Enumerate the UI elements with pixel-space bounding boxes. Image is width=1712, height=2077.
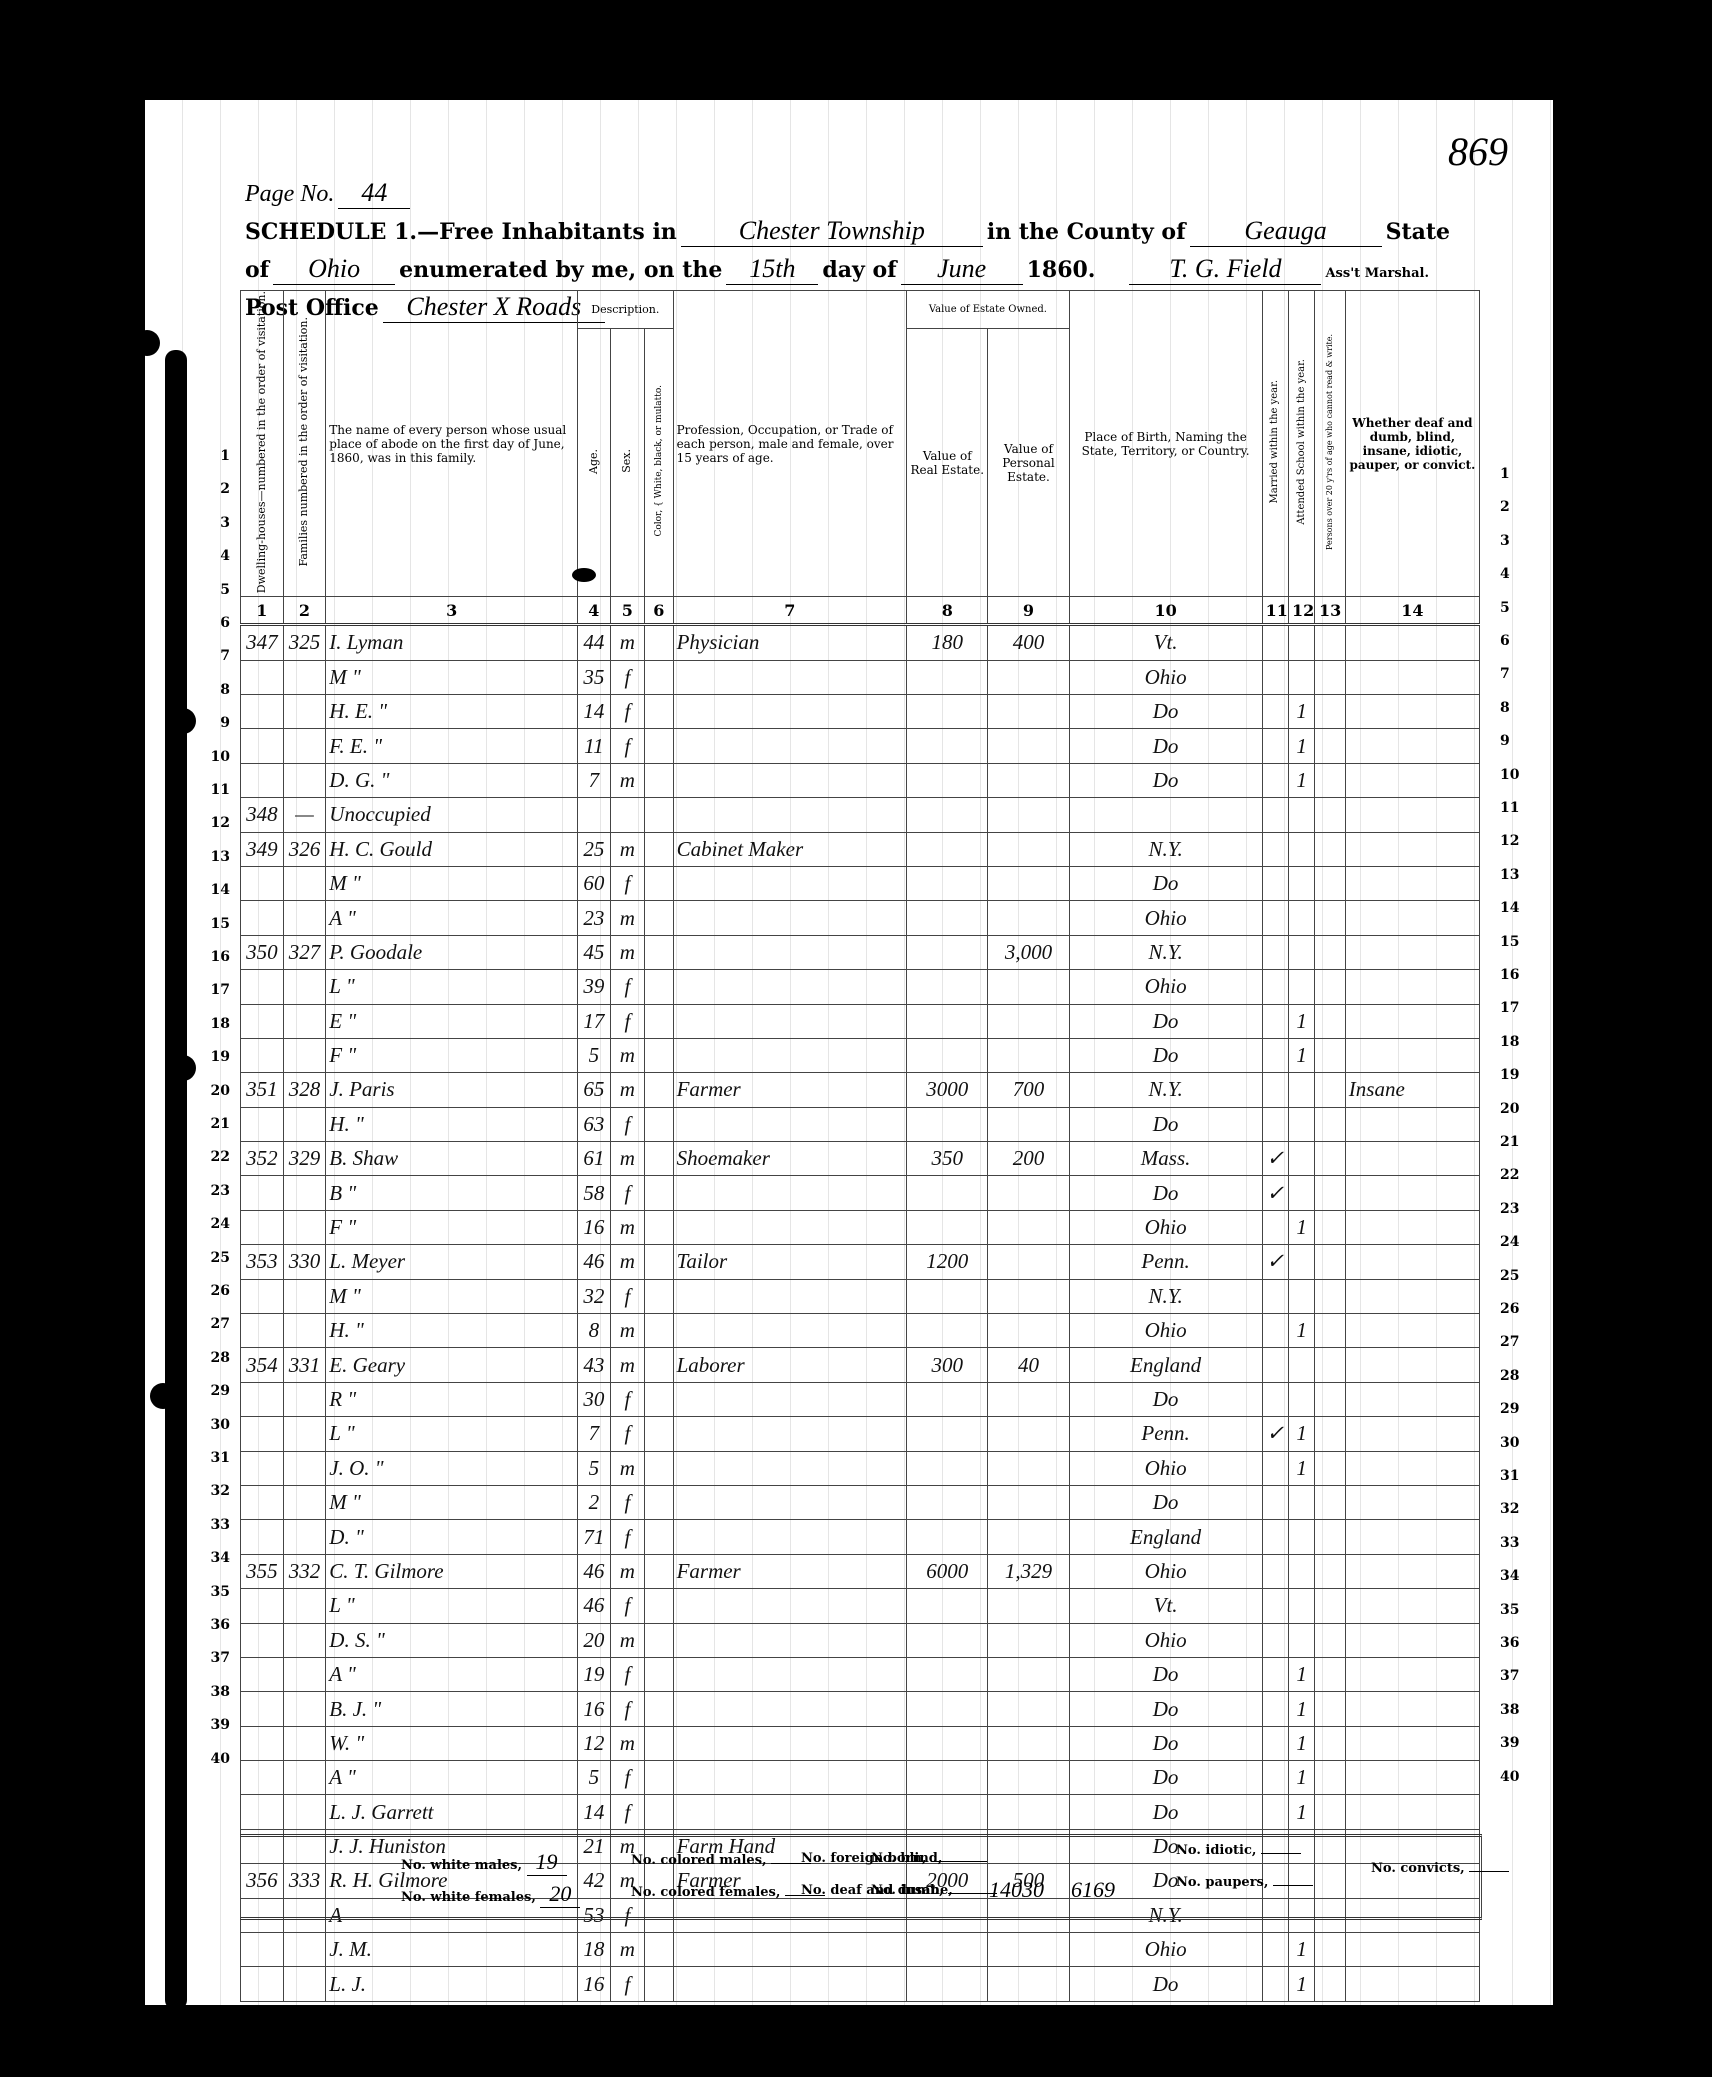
sex (610, 798, 645, 832)
family-number: 325 (283, 625, 326, 660)
illiterate-mark (1315, 832, 1345, 866)
occupation (673, 1210, 907, 1244)
occupation (673, 1795, 907, 1829)
school-mark: 1 (1288, 1004, 1314, 1038)
dwelling-number (241, 1176, 284, 1210)
condition (1345, 1038, 1479, 1072)
occupation (673, 1417, 907, 1451)
illiterate-mark (1315, 1004, 1345, 1038)
school-mark (1288, 1554, 1314, 1588)
line-number-left: 3 (200, 515, 230, 531)
person-name: L " (326, 1589, 578, 1623)
dwelling-number: 353 (241, 1245, 284, 1279)
school-mark: 1 (1288, 1210, 1314, 1244)
sex: f (610, 1382, 645, 1416)
person-name: I. Lyman (326, 625, 578, 660)
line-number-right: 9 (1500, 733, 1530, 749)
real-estate-value: 3000 (907, 1073, 988, 1107)
real-estate-value (907, 660, 988, 694)
person-name: M " (326, 1279, 578, 1313)
illiterate-mark (1315, 1520, 1345, 1554)
married-mark (1262, 1451, 1288, 1485)
illiterate-mark (1315, 1073, 1345, 1107)
family-number (283, 1210, 326, 1244)
sex: m (610, 1348, 645, 1382)
personal-estate-value (988, 694, 1069, 728)
occupation (673, 1279, 907, 1313)
line-number-right: 23 (1500, 1201, 1530, 1217)
occupation (673, 1314, 907, 1348)
occupation (673, 1038, 907, 1072)
condition (1345, 1176, 1479, 1210)
family-number (283, 1314, 326, 1348)
dwelling-number (241, 1726, 284, 1760)
line-number-left: 2 (200, 481, 230, 497)
line-number-left: 11 (200, 782, 230, 798)
personal-estate-value (988, 1623, 1069, 1657)
color (645, 1692, 673, 1726)
illiterate-mark (1315, 1726, 1345, 1760)
sex: f (610, 1004, 645, 1038)
illiterate-mark (1315, 660, 1345, 694)
summary-box: No. white males, 19 No. white females, 2… (240, 1834, 1482, 1920)
illiterate-mark (1315, 1107, 1345, 1141)
occupation: Farmer (673, 1073, 907, 1107)
person-name: M " (326, 1485, 578, 1519)
table-row: D. G. "7mDo1 (241, 763, 1480, 797)
school-mark (1288, 1279, 1314, 1313)
header-sex: Sex. (610, 328, 645, 596)
personal-estate-value (988, 832, 1069, 866)
occupation: Farmer (673, 1554, 907, 1588)
state-field: Ohio (273, 254, 395, 285)
birthplace: England (1069, 1520, 1262, 1554)
illiterate-mark (1315, 866, 1345, 900)
color (645, 1485, 673, 1519)
line-number-right: 29 (1500, 1401, 1530, 1417)
family-number (283, 1382, 326, 1416)
family-number (283, 1967, 326, 2001)
school-mark (1288, 1589, 1314, 1623)
county-label: in the County of (987, 219, 1186, 245)
birthplace (1069, 798, 1262, 832)
dwelling-number (241, 729, 284, 763)
real-estate-value: 6000 (907, 1554, 988, 1588)
line-number-right: 4 (1500, 566, 1530, 582)
line-number-left: 1 (200, 448, 230, 464)
person-name: J. O. " (326, 1451, 578, 1485)
birthplace: Ohio (1069, 901, 1262, 935)
dwelling-number: 352 (241, 1142, 284, 1176)
occupation (673, 970, 907, 1004)
color (645, 1623, 673, 1657)
line-number-right: 3 (1500, 533, 1530, 549)
age (578, 798, 610, 832)
sex: m (610, 625, 645, 660)
dwelling-number (241, 763, 284, 797)
color (645, 1589, 673, 1623)
school-mark (1288, 901, 1314, 935)
school-mark: 1 (1288, 1726, 1314, 1760)
occupation (673, 1623, 907, 1657)
age: 46 (578, 1245, 610, 1279)
dwelling-number (241, 866, 284, 900)
color (645, 1348, 673, 1382)
age: 25 (578, 832, 610, 866)
line-number-left: 25 (200, 1250, 230, 1266)
dwelling-number (241, 694, 284, 728)
color (645, 1038, 673, 1072)
illiterate-mark (1315, 901, 1345, 935)
personal-estate-value (988, 798, 1069, 832)
age: 43 (578, 1348, 610, 1382)
col-num: 7 (673, 597, 907, 625)
header-school: Attended School within the year. (1288, 291, 1314, 597)
col-num: 9 (988, 597, 1069, 625)
school-mark: 1 (1288, 1314, 1314, 1348)
line-number-right: 19 (1500, 1067, 1530, 1083)
sex: f (610, 1795, 645, 1829)
illiterate-mark (1315, 1038, 1345, 1072)
illiterate-mark (1315, 694, 1345, 728)
real-estate-value (907, 1279, 988, 1313)
condition (1345, 1142, 1479, 1176)
birthplace: N.Y. (1069, 1073, 1262, 1107)
line-number-right: 15 (1500, 934, 1530, 950)
illiterate-mark (1315, 970, 1345, 1004)
school-mark: 1 (1288, 1967, 1314, 2001)
sex: f (610, 866, 645, 900)
condition (1345, 1348, 1479, 1382)
line-number-right: 8 (1500, 700, 1530, 716)
school-mark: 1 (1288, 694, 1314, 728)
occupation (673, 1451, 907, 1485)
color (645, 1417, 673, 1451)
married-mark (1262, 901, 1288, 935)
married-mark (1262, 1210, 1288, 1244)
condition (1345, 1279, 1479, 1313)
sex: m (610, 1726, 645, 1760)
color (645, 763, 673, 797)
condition (1345, 1933, 1479, 1967)
dwelling-number (241, 1107, 284, 1141)
real-estate-value (907, 763, 988, 797)
married-mark (1262, 1554, 1288, 1588)
real-estate-value (907, 1004, 988, 1038)
dwelling-number: 354 (241, 1348, 284, 1382)
schedule-line: SCHEDULE 1.—Free Inhabitants in Chester … (245, 216, 1450, 247)
col-num: 8 (907, 597, 988, 625)
married-mark (1262, 1657, 1288, 1691)
illiterate-mark (1315, 763, 1345, 797)
line-number-left: 28 (200, 1350, 230, 1366)
line-number-right: 31 (1500, 1468, 1530, 1484)
married-mark (1262, 729, 1288, 763)
color (645, 901, 673, 935)
family-number (283, 901, 326, 935)
school-mark: 1 (1288, 1692, 1314, 1726)
color (645, 970, 673, 1004)
color (645, 1073, 673, 1107)
married-mark (1262, 1348, 1288, 1382)
header-family: Families numbered in the order of visita… (283, 291, 326, 597)
color (645, 798, 673, 832)
real-estate-value (907, 1210, 988, 1244)
real-estate-value (907, 1107, 988, 1141)
real-estate-value: 300 (907, 1348, 988, 1382)
sex: f (610, 1761, 645, 1795)
header-age: Age. (578, 328, 610, 596)
family-number (283, 1279, 326, 1313)
school-mark (1288, 1348, 1314, 1382)
school-mark (1288, 970, 1314, 1004)
married-mark (1262, 935, 1288, 969)
age: 16 (578, 1967, 610, 2001)
illiterate-mark (1315, 1279, 1345, 1313)
condition (1345, 1623, 1479, 1657)
dwelling-number: 349 (241, 832, 284, 866)
person-name: C. T. Gilmore (326, 1554, 578, 1588)
header-birthplace: Place of Birth, Naming the State, Territ… (1069, 291, 1262, 597)
person-name: L. J. (326, 1967, 578, 2001)
personal-estate-value (988, 1692, 1069, 1726)
condition (1345, 1245, 1479, 1279)
birthplace: Ohio (1069, 1623, 1262, 1657)
family-number: 330 (283, 1245, 326, 1279)
line-number-right: 21 (1500, 1134, 1530, 1150)
occupation: Physician (673, 625, 907, 660)
col-num: 10 (1069, 597, 1262, 625)
personal-estate-value (988, 970, 1069, 1004)
illiterate-mark (1315, 1210, 1345, 1244)
married-mark (1262, 625, 1288, 660)
family-number: 328 (283, 1073, 326, 1107)
married-mark (1262, 832, 1288, 866)
married-mark (1262, 763, 1288, 797)
sex: m (610, 1554, 645, 1588)
color (645, 1279, 673, 1313)
line-number-left: 7 (200, 648, 230, 664)
real-estate-value (907, 1451, 988, 1485)
line-number-left: 27 (200, 1316, 230, 1332)
birthplace: Do (1069, 1004, 1262, 1038)
family-number (283, 1726, 326, 1760)
table-row: L "46fVt. (241, 1589, 1480, 1623)
marshal-signature: T. G. Field (1129, 254, 1321, 285)
line-number-right: 11 (1500, 800, 1530, 816)
table-row: L. J.16fDo1 (241, 1967, 1480, 2001)
person-name: L. Meyer (326, 1245, 578, 1279)
header-estate-group: Value of Estate Owned. (907, 291, 1069, 329)
table-row: H. "8mOhio1 (241, 1314, 1480, 1348)
header-name: The name of every person whose usual pla… (326, 291, 578, 597)
real-estate-value (907, 1417, 988, 1451)
school-mark: 1 (1288, 1657, 1314, 1691)
line-number-right: 40 (1500, 1769, 1530, 1785)
age: 39 (578, 970, 610, 1004)
color (645, 1657, 673, 1691)
illiterate-mark (1315, 1589, 1345, 1623)
header-color: Color, { White, black, or mulatto. (645, 328, 673, 596)
table-row: 352329B. Shaw61mShoemaker350200Mass.✓ (241, 1142, 1480, 1176)
family-number (283, 1692, 326, 1726)
color (645, 832, 673, 866)
personal-estate-value (988, 1589, 1069, 1623)
person-name: J. Paris (326, 1073, 578, 1107)
enumeration-line: of Ohio enumerated by me, on the 15th da… (245, 254, 1429, 285)
idiotic-count: No. idiotic, (1176, 1843, 1301, 1858)
personal-estate-value (988, 660, 1069, 694)
illiterate-mark (1315, 1623, 1345, 1657)
illiterate-mark (1315, 1451, 1345, 1485)
family-number (283, 1107, 326, 1141)
table-row: M "32fN.Y. (241, 1279, 1480, 1313)
personal-estate-value (988, 729, 1069, 763)
census-table: Dwelling-houses—numbered in the order of… (240, 290, 1480, 2002)
married-mark (1262, 1382, 1288, 1416)
table-row: J. M.18mOhio1 (241, 1933, 1480, 1967)
person-name: D. G. " (326, 763, 578, 797)
school-mark: 1 (1288, 1933, 1314, 1967)
married-mark (1262, 970, 1288, 1004)
table-row: F "16mOhio1 (241, 1210, 1480, 1244)
dwelling-number (241, 1795, 284, 1829)
line-number-left: 15 (200, 916, 230, 932)
birthplace: Do (1069, 729, 1262, 763)
col-num: 6 (645, 597, 673, 625)
occupation (673, 935, 907, 969)
table-row: W. "12mDo1 (241, 1726, 1480, 1760)
family-number: 331 (283, 1348, 326, 1382)
dwelling-number (241, 1279, 284, 1313)
dwelling-number (241, 1004, 284, 1038)
school-mark: 1 (1288, 729, 1314, 763)
illiterate-mark (1315, 1417, 1345, 1451)
sex: m (610, 1142, 645, 1176)
personal-estate-value (988, 1967, 1069, 2001)
line-number-right: 12 (1500, 833, 1530, 849)
line-number-left: 20 (200, 1083, 230, 1099)
condition (1345, 694, 1479, 728)
binding-hole (150, 1383, 176, 1409)
township-field: Chester Township (681, 216, 983, 247)
married-mark (1262, 660, 1288, 694)
sex: f (610, 694, 645, 728)
age: 32 (578, 1279, 610, 1313)
married-mark (1262, 1761, 1288, 1795)
person-name: J. M. (326, 1933, 578, 1967)
illiterate-mark (1315, 1245, 1345, 1279)
table-row: 354331E. Geary43mLaborer30040England (241, 1348, 1480, 1382)
school-mark: 1 (1288, 763, 1314, 797)
married-mark (1262, 1692, 1288, 1726)
age: 2 (578, 1485, 610, 1519)
header-description-group: Description. (578, 291, 673, 329)
age: 5 (578, 1038, 610, 1072)
school-mark (1288, 1245, 1314, 1279)
line-number-right: 24 (1500, 1234, 1530, 1250)
age: 46 (578, 1554, 610, 1588)
page-label: Page No. (245, 181, 334, 207)
sex: m (610, 1073, 645, 1107)
condition (1345, 1657, 1479, 1691)
occupation (673, 1520, 907, 1554)
illiterate-mark (1315, 1348, 1345, 1382)
school-mark (1288, 1107, 1314, 1141)
sex: m (610, 1623, 645, 1657)
birthplace: Do (1069, 1795, 1262, 1829)
sex: f (610, 729, 645, 763)
dwelling-number (241, 1967, 284, 2001)
real-estate-value (907, 1314, 988, 1348)
occupation (673, 1382, 907, 1416)
occupation (673, 1761, 907, 1795)
sex: m (610, 1933, 645, 1967)
real-estate-value (907, 1176, 988, 1210)
dwelling-number: 351 (241, 1073, 284, 1107)
family-number: 332 (283, 1554, 326, 1588)
dwelling-number (241, 1485, 284, 1519)
personal-estate-value (988, 1657, 1069, 1691)
occupation (673, 901, 907, 935)
person-name: L. J. Garrett (326, 1795, 578, 1829)
age: 19 (578, 1657, 610, 1691)
color (645, 1451, 673, 1485)
age: 8 (578, 1314, 610, 1348)
dwelling-number (241, 1210, 284, 1244)
personal-estate-value (988, 901, 1069, 935)
table-row: 353330L. Meyer46mTailor1200Penn.✓ (241, 1245, 1480, 1279)
binding-hole (170, 708, 196, 734)
sex: m (610, 1245, 645, 1279)
occupation (673, 1657, 907, 1691)
table-row: H. E. "14fDo1 (241, 694, 1480, 728)
sex: f (610, 1967, 645, 2001)
dwelling-number (241, 1520, 284, 1554)
birthplace: Penn. (1069, 1417, 1262, 1451)
folio-number: 869 (1448, 128, 1508, 175)
personal-estate-value: 200 (988, 1142, 1069, 1176)
line-number-left: 33 (200, 1517, 230, 1533)
table-row: 348—Unoccupied (241, 798, 1480, 832)
school-mark (1288, 625, 1314, 660)
school-mark (1288, 660, 1314, 694)
personal-estate-value (988, 1004, 1069, 1038)
table-row: M "60fDo (241, 866, 1480, 900)
illiterate-mark (1315, 1795, 1345, 1829)
condition (1345, 1692, 1479, 1726)
year: 1860. (1027, 257, 1096, 283)
line-number-right: 38 (1500, 1702, 1530, 1718)
married-mark (1262, 1589, 1288, 1623)
family-number (283, 1761, 326, 1795)
birthplace: Ohio (1069, 1451, 1262, 1485)
illiterate-mark (1315, 1142, 1345, 1176)
line-number-right: 27 (1500, 1334, 1530, 1350)
school-mark (1288, 1520, 1314, 1554)
line-number-right: 7 (1500, 666, 1530, 682)
illiterate-mark (1315, 935, 1345, 969)
birthplace: Ohio (1069, 1210, 1262, 1244)
table-row: M "2fDo (241, 1485, 1480, 1519)
person-name: D. S. " (326, 1623, 578, 1657)
real-estate-value (907, 1623, 988, 1657)
person-name: B " (326, 1176, 578, 1210)
line-number-right: 35 (1500, 1602, 1530, 1618)
family-number (283, 1657, 326, 1691)
birthplace: Ohio (1069, 1314, 1262, 1348)
occupation (673, 798, 907, 832)
